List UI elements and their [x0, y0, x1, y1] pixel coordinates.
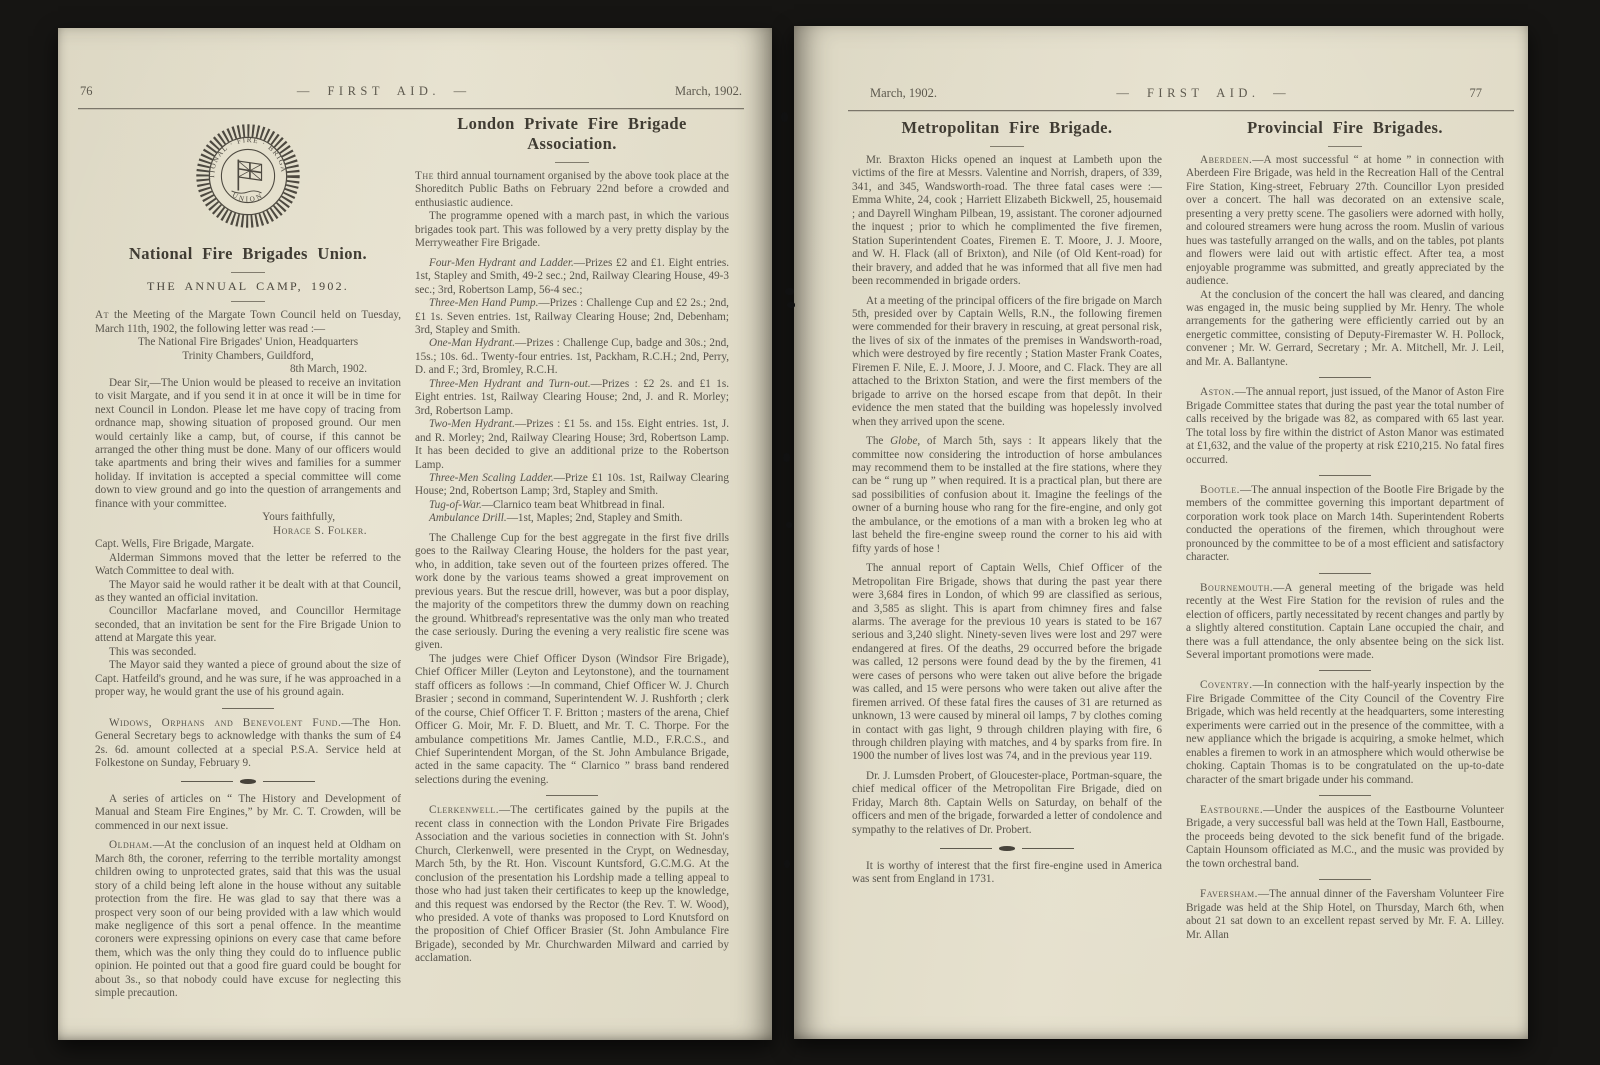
paragraph: Mr. Braxton Hicks opened an inquest at L…: [852, 154, 1162, 289]
paragraph: A series of articles on “ The History an…: [95, 793, 401, 833]
paragraph: The third annual tournament organised by…: [415, 170, 729, 210]
paragraph: Faversham.—The annual dinner of the Fave…: [1186, 888, 1504, 942]
event-name: Ambulance Drill.: [429, 512, 507, 524]
event-name: One-Man Hydrant.: [429, 337, 515, 349]
masthead-title: — FIRST AID. —: [297, 84, 471, 99]
paragraph: The Challenge Cup for the best aggregate…: [415, 532, 729, 653]
paragraph: Councillor Macfarlane moved, and Council…: [95, 605, 401, 645]
paragraph: Dear Sir,—The Union would be pleased to …: [95, 377, 401, 512]
paragraph: Ambulance Drill.—1st, Maples; 2nd, Stapl…: [415, 512, 729, 525]
section-lead: Widows, Orphans and Benevolent Fund.: [109, 717, 341, 729]
event-name: Three-Men Hydrant and Turn-out.: [429, 378, 591, 390]
section-divider: [222, 708, 274, 709]
section-lead: At: [95, 309, 109, 321]
paragraph: Oldham.—At the conclusion of an inquest …: [95, 839, 401, 1000]
paragraph: Bournemouth.—A general meeting of the br…: [1186, 582, 1504, 663]
event-name: Tug-of-War.: [429, 499, 482, 511]
paragraph: Dr. J. Lumsden Probert, of Gloucester-pl…: [852, 770, 1162, 837]
paragraph: Three-Men Hydrant and Turn-out.—Prizes :…: [415, 378, 729, 418]
paragraph: Bootle.—The annual inspection of the Boo…: [1186, 484, 1504, 565]
section-heading-nfbu: National Fire Brigades Union.: [95, 244, 401, 264]
journal-scan: { "left_page": { "page_number": "76", "m…: [0, 0, 1600, 1065]
section-divider: [1319, 475, 1371, 476]
section-heading-lpfba: London Private Fire BrigadeAssociation.: [415, 114, 729, 154]
paragraph: Four-Men Hydrant and Ladder.—Prizes £2 a…: [415, 257, 729, 297]
section-divider-ornament: [852, 846, 1162, 851]
paragraph: Aston.—The annual report, just issued, o…: [1186, 386, 1504, 467]
ink-speck: [781, 112, 788, 122]
paragraph: At the conclusion of the concert the hal…: [1186, 289, 1504, 370]
paragraph: Trinity Chambers, Guildford,: [95, 350, 401, 363]
paragraph: Capt. Wells, Fire Brigade, Margate.: [95, 538, 401, 551]
paragraph: Yours faithfully,: [95, 511, 401, 524]
paragraph: The Mayor said he would rather it be dea…: [95, 579, 401, 606]
divider-line: [263, 781, 315, 782]
event-name: Two-Men Hydrant.: [429, 418, 515, 430]
column-lpfba: London Private Fire BrigadeAssociation. …: [415, 114, 729, 966]
divider-diamond: [999, 846, 1015, 851]
issue-date: March, 1902.: [870, 86, 937, 101]
paragraph: Alderman Simmons moved that the letter b…: [95, 552, 401, 579]
section-lead: Faversham.: [1200, 888, 1258, 900]
column-provincial: Provincial Fire Brigades. Aberdeen.—A mo…: [1186, 118, 1504, 942]
ink-speck: [785, 288, 794, 295]
heading-rule: [231, 272, 265, 273]
heading-rule: [555, 162, 589, 163]
section-lead: Aston.: [1200, 386, 1235, 398]
paragraph: Tug-of-War.—Clarnico team beat Whitbread…: [415, 499, 729, 512]
header-rule: [848, 110, 1514, 111]
section-lead: Bootle.: [1200, 484, 1240, 496]
masthead-title: — FIRST AID. —: [1116, 86, 1290, 101]
section-lead: Bournemouth.: [1200, 582, 1273, 594]
subheading-rule: [231, 301, 265, 302]
section-heading-metropolitan: Metropolitan Fire Brigade.: [852, 118, 1162, 138]
section-divider: [1319, 879, 1371, 880]
section-subheading: THE ANNUAL CAMP, 1902.: [95, 280, 401, 293]
paragraph: This was seconded.: [95, 646, 401, 659]
section-lead: Coventry.: [1200, 679, 1253, 691]
divider-line: [181, 781, 233, 782]
column-metropolitan: Metropolitan Fire Brigade. Mr. Braxton H…: [852, 118, 1162, 887]
paragraph: Horace S. Folker.: [95, 525, 401, 538]
section-lead: Clerkenwell.: [429, 804, 499, 816]
paragraph: The annual report of Captain Wells, Chie…: [852, 562, 1162, 764]
paragraph: Two-Men Hydrant.—Prizes : £1 5s. and 15s…: [415, 418, 729, 472]
paragraph: It is worthy of interest that the first …: [852, 860, 1162, 887]
event-name: Globe,: [890, 435, 920, 447]
article-body-provincial: Aberdeen.—A most successful “ at home ” …: [1186, 154, 1504, 942]
page-left: 76 — FIRST AID. — March, 1902. NATIONAL …: [58, 28, 772, 1040]
paragraph: Widows, Orphans and Benevolent Fund.—The…: [95, 717, 401, 771]
paragraph: 8th March, 1902.: [95, 363, 401, 376]
section-divider-ornament: [95, 779, 401, 784]
section-lead: Eastbourne.: [1200, 804, 1263, 816]
page-number: 77: [1470, 86, 1483, 101]
heading-line2: Association.: [527, 134, 617, 153]
ink-speck: [783, 453, 790, 462]
paragraph: At a meeting of the principal officers o…: [852, 295, 1162, 430]
column-nfbu: NATIONAL · FIRE · BRIGADES UNION Nationa…: [95, 116, 401, 1001]
ink-speck: [784, 860, 790, 868]
section-lead: Aberdeen.: [1200, 154, 1252, 166]
section-divider: [1319, 573, 1371, 574]
section-lead: Horace S. Folker.: [273, 525, 367, 537]
paragraph: The National Fire Brigades' Union, Headq…: [95, 336, 401, 349]
heading-rule: [1328, 146, 1362, 147]
header-rule: [78, 108, 744, 109]
page-right: March, 1902. — FIRST AID. — 77 Metropoli…: [794, 26, 1528, 1039]
article-body-metropolitan: Mr. Braxton Hicks opened an inquest at L…: [852, 154, 1162, 887]
paragraph: Three-Men Scaling Ladder.—Prize £1 10s. …: [415, 472, 729, 499]
divider-line: [940, 848, 992, 849]
page-header: 76 — FIRST AID. — March, 1902.: [80, 84, 742, 99]
paragraph: The judges were Chief Officer Dyson (Win…: [415, 653, 729, 788]
issue-date: March, 1902.: [675, 84, 742, 99]
section-heading-provincial: Provincial Fire Brigades.: [1186, 118, 1504, 138]
ink-speck: [787, 302, 795, 308]
section-divider: [1319, 670, 1371, 671]
page-number: 76: [80, 84, 93, 99]
paragraph: The programme opened with a march past, …: [415, 210, 729, 250]
paragraph: Eastbourne.—Under the auspices of the Ea…: [1186, 804, 1504, 871]
event-name: Three-Men Hand Pump.: [429, 297, 538, 309]
article-body-lpfba: The third annual tournament organised by…: [415, 170, 729, 966]
paragraph: The Globe, of March 5th, says : It appea…: [852, 435, 1162, 556]
event-name: Four-Men Hydrant and Ladder.: [429, 257, 574, 269]
ink-speck: [786, 522, 792, 528]
event-name: Three-Men Scaling Ladder.: [429, 472, 554, 484]
heading-line1: London Private Fire Brigade: [457, 114, 686, 133]
section-lead: The: [415, 170, 434, 182]
divider-diamond: [240, 779, 256, 784]
paragraph: Aberdeen.—A most successful “ at home ” …: [1186, 154, 1504, 289]
section-lead: Oldham.: [109, 839, 153, 851]
section-divider: [1319, 377, 1371, 378]
section-divider: [1319, 795, 1371, 796]
paragraph: One-Man Hydrant.—Prizes : Challenge Cup,…: [415, 337, 729, 377]
divider-line: [1022, 848, 1074, 849]
paragraph: Coventry.—In connection with the half-ye…: [1186, 679, 1504, 787]
paragraph: Three-Men Hand Pump.—Prizes : Challenge …: [415, 297, 729, 337]
paragraph: At the Meeting of the Margate Town Counc…: [95, 309, 401, 336]
heading-rule: [990, 146, 1024, 147]
page-header: March, 1902. — FIRST AID. — 77: [870, 86, 1482, 101]
section-divider: [546, 795, 598, 796]
paragraph: The Mayor said they wanted a piece of gr…: [95, 659, 401, 699]
paragraph: Clerkenwell.—The certificates gained by …: [415, 804, 729, 965]
nfbu-badge-icon: NATIONAL · FIRE · BRIGADES UNION: [190, 118, 306, 234]
article-body-nfbu: At the Meeting of the Margate Town Counc…: [95, 309, 401, 1000]
